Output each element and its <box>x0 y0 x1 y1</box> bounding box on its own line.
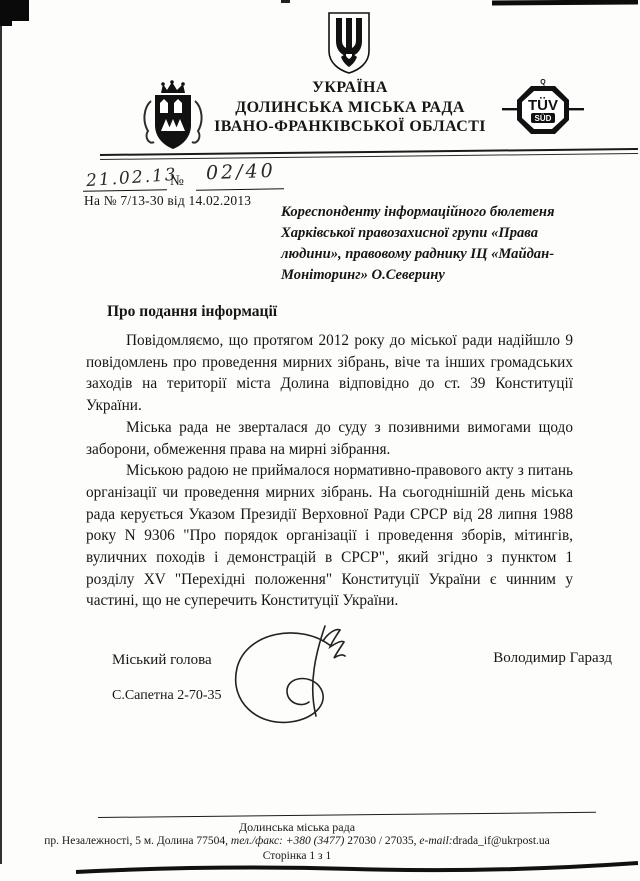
footer-email-value: drada_if@ukrpost.ua <box>453 835 550 847</box>
org-name-line1: ДОЛИНСЬКА МІСЬКА РАДА <box>160 98 540 117</box>
recipient-line: Моніторинг» О.Северину <box>281 265 606 286</box>
footer-address-street: пр. Незалежності, 5 м. Долина 77504, <box>44 835 231 847</box>
letterhead: УКРАЇНА ДОЛИНСЬКА МІСЬКА РАДА ІВАНО-ФРАН… <box>160 78 540 136</box>
footer-phone-numbers: 27030 / 27035, <box>344 835 419 847</box>
document-page: Q TÜV SÜD УКРАЇНА ДОЛИНСЬКА МІСЬКА РАДА … <box>0 0 640 881</box>
country-name: УКРАЇНА <box>160 78 540 98</box>
handwritten-date: 21.02.13 <box>85 165 178 191</box>
letter-body: Повідомляємо, що протягом 2012 року до м… <box>86 330 573 612</box>
tuv-q-mark: Q <box>540 79 546 86</box>
recipient-block: Кореспонденту інформаційного бюлетеня Ха… <box>281 202 606 286</box>
scan-artifact-top-tick <box>281 0 290 3</box>
subject-line: Про подання інформації <box>107 303 277 321</box>
footer-telfax-label: тел./факс: <box>231 835 283 847</box>
footer: Долинська міська рада пр. Незалежності, … <box>0 820 594 863</box>
footer-org-name: Долинська міська рада <box>0 820 594 834</box>
body-paragraph-3: Міською радою не приймалося нормативно-п… <box>86 460 573 612</box>
handwritten-signature <box>228 622 360 730</box>
footer-phone-code: +380 (3477) <box>283 835 344 847</box>
number-symbol: № <box>170 173 184 190</box>
scan-artifact-corner <box>0 0 29 21</box>
recipient-line: Харківської правозахисної групи «Права <box>281 223 606 244</box>
footer-divider <box>98 812 596 818</box>
handwritten-number: 02/40 <box>206 160 276 184</box>
date-underline <box>83 189 167 191</box>
scan-artifact-top-bar <box>492 0 638 6</box>
body-paragraph-2: Міська рада не зверталася до суду з пози… <box>86 417 573 460</box>
scan-artifact-bottom-line <box>74 860 640 876</box>
recipient-line: людини», правовому раднику ІЦ «Майдан- <box>281 244 606 265</box>
number-underline <box>196 188 284 191</box>
signer-position: Міський голова <box>112 652 212 669</box>
footer-email-label: e-mail: <box>419 835 452 847</box>
scan-artifact-left-edge <box>0 26 2 864</box>
footer-address: пр. Незалежності, 5 м. Долина 77504, тел… <box>0 834 594 848</box>
executor-contact: С.Сапетна 2-70-35 <box>112 688 222 704</box>
reply-to-reference: На № 7/13-30 від 14.02.2013 <box>84 193 251 209</box>
body-paragraph-1: Повідомляємо, що протягом 2012 року до м… <box>86 330 573 417</box>
org-name-line2: ІВАНО-ФРАНКІВСЬКОЇ ОБЛАСТІ <box>160 117 540 136</box>
recipient-line: Кореспонденту інформаційного бюлетеня <box>281 202 606 223</box>
ukraine-trident-icon <box>327 11 371 75</box>
signer-name: Володимир Гаразд <box>440 650 612 667</box>
